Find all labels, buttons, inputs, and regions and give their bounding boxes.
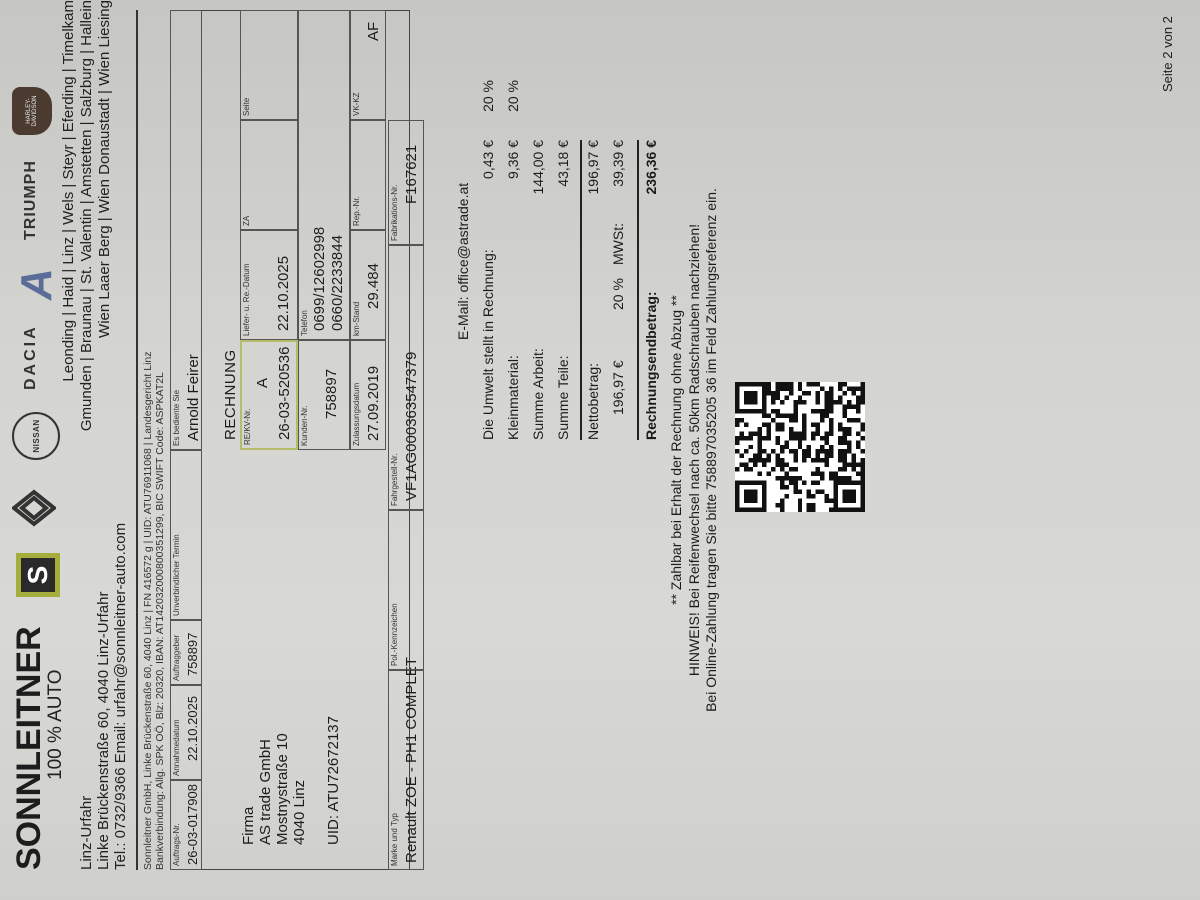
nissan-logo-icon: NISSAN [12,412,60,460]
dealer-address: Linz-Urfahr Linke Brückenstraße 60, 4040… [78,523,129,870]
legal-line: Bankverbindung: Allg. SPK OÖ, Blz: 20320… [154,351,166,870]
field-label: Telefon [300,310,309,336]
field-value: 26-03-520536 [276,347,293,440]
line-item-amount: 0,43 € [480,140,496,179]
net-total-label: Nettobetrag: [585,363,601,440]
alpine-logo-icon: A [12,268,62,300]
grand-total-label: Rechnungsendbetrag: [643,291,659,440]
customer-number-field: Kunden-Nr. 758897 [298,340,350,450]
brand-logo: SONNLEITNER S 100 % AUTO [12,626,66,870]
line-item-label: Die Umwelt stellt in Rechnung: [480,249,496,440]
branch-line: Leonding | Haid | Linz | Wels | Steyr | … [60,0,78,470]
repair-number-field: Rep.-Nr. [350,120,386,230]
invoice-code: A [254,378,271,388]
online-payment-note: Bei Online-Zahlung tragen Sie bitte 7588… [703,0,720,900]
registration-date-field: Zulassungsdatum 27.09.2019 [350,340,386,450]
field-label: Pol.-Kennzeichen [390,603,399,666]
served-by-field: Es bediente Sie Arnold Feirer [170,10,202,450]
field-value: 29.484 [365,263,382,309]
dealer-location: Linz-Urfahr [78,523,95,870]
legal-info: Sonnleitner GmbH, Linke Brückenstraße 60… [142,351,166,870]
acceptance-date-field: Annahmedatum 22.10.2025 [170,685,202,780]
field-value: 758897 [185,633,200,676]
customer-line: Mostnystraße 10 [274,733,291,845]
line-item-label: Summe Arbeit: [530,348,546,440]
dealer-street: Linke Brückenstraße 60, 4040 Linz-Urfahr [95,523,112,870]
vehicle-model-field: Marke und Typ Renault ZOE - PH1 COMPLET [388,670,424,870]
vat-label: MWSt: [610,223,626,265]
invoice-page: SONNLEITNER S 100 % AUTO Linz-Urfahr Lin… [0,0,1200,900]
line-item-label: Summe Teile: [555,355,571,440]
field-value: 22.10.2025 [275,256,292,331]
customer-line: AS trade GmbH [257,733,274,845]
field-label: Seite [242,98,251,116]
field-label: Rep.-Nr. [352,196,361,226]
legal-line: Sonnleitner GmbH, Linke Brückenstraße 60… [142,351,154,870]
mileage-field: km-Stand 29.484 [350,230,386,340]
field-value: 758897 [323,369,340,419]
page-indicator: Seite 2 von 2 [1160,16,1175,92]
grand-total-amount: 236,36 € [643,140,659,195]
field-label: ZA [242,216,251,226]
customer-uid: UID: ATU72672137 [325,716,342,845]
line-item-label: Kleinmaterial: [505,355,521,440]
field-label: Annahmedatum [172,720,181,776]
client-field: Auftraggeber 758897 [170,620,202,685]
vat-rate: 20 % [610,278,626,310]
triumph-logo-icon: TRIUMPH [22,160,40,240]
field-label: VK-KZ [352,92,361,116]
field-label: km-Stand [352,302,361,336]
appointment-field: Unverbindlicher Termin [170,450,202,620]
renault-logo-icon [12,486,56,530]
customer-email: E-Mail: office@astrade.at [455,183,471,340]
field-label: Fabrikations-Nr. [390,185,399,241]
brand-tagline: 100 % AUTO [46,626,66,780]
line-item-vat: 20 % [505,80,521,112]
field-value: Arnold Feirer [185,354,202,441]
field-value: 0699/12602998 [311,227,328,331]
line-item-amount: 43,18 € [555,140,571,187]
vin-field: Fahrgestell-Nr. VF1AG000363547379 [388,245,424,510]
customer-line: 4040 Linz [291,733,308,845]
document-type: RECHNUNG [222,349,239,440]
vat-base: 196,97 € [610,361,626,416]
subtotal-divider [580,140,582,440]
vat-amount: 39,39 € [610,140,626,187]
field-value: 0660/2233844 [329,235,346,331]
field-label: Liefer- u. Re.-Datum [242,264,251,336]
production-number-field: Fabrikations-Nr. F167621 [388,120,424,245]
field-label: Kunden-Nr. [300,406,309,446]
field-label: Es bediente Sie [172,390,181,446]
header-divider [136,10,138,870]
field-label: Unverbindlicher Termin [172,534,181,616]
dacia-logo-icon: DACIA [22,324,40,390]
dealer-contact: Tel.: 0732/9366 Email: urfahr@sonnleitne… [112,523,129,870]
line-item-amount: 9,36 € [505,140,521,179]
invoice-date-field: Liefer- u. Re.-Datum 22.10.2025 [240,230,298,340]
field-label: Marke und Typ [390,813,399,866]
za-field: ZA [240,120,298,230]
total-divider [637,140,639,440]
payment-qr-code [735,382,865,512]
vk-kz-field: VK-KZ AF [350,10,386,120]
line-item-amount: 144,00 € [530,140,546,195]
harley-davidson-logo-icon: HARLEY-DAVIDSON [12,87,52,135]
net-total-amount: 196,97 € [585,140,601,195]
branch-line: Wien Laaer Berg | Wien Donaustadt | Wien… [96,0,114,470]
field-value: 22.10.2025 [185,696,200,761]
field-label: Auftrags-Nr. [172,823,181,866]
phone-field: Telefon 0699/12602998 0660/2233844 [298,10,350,340]
field-value: AF [365,22,382,41]
payment-note: ** Zahlbar bei Erhalt der Rechnung ohne … [668,0,685,900]
line-item-vat: 20 % [480,80,496,112]
tire-hint: HINWEIS! Bei Reifenwechsel nach ca. 50km… [686,0,703,900]
page-field: Seite [240,10,298,120]
field-value: F167621 [403,145,420,204]
field-label: Auftraggeber [172,635,181,681]
branch-line: Gmunden | Braunau | St. Valentin | Amste… [78,0,96,470]
invoice-number-field: RE/KV-Nr. A 26-03-520536 [240,340,298,450]
field-value: 26-03-017908 [185,784,200,865]
field-value: Renault ZOE - PH1 COMPLET [403,657,420,863]
brand-name: SONNLEITNER [12,626,46,870]
customer-address: Firma AS trade GmbH Mostnystraße 10 4040… [240,733,308,845]
branch-list: Leonding | Haid | Linz | Wels | Steyr | … [60,0,114,470]
field-value: 27.09.2019 [365,366,382,441]
order-number-field: Auftrags-Nr. 26-03-017908 [170,780,202,870]
customer-line: Firma [240,733,257,845]
field-label: Fahrgestell-Nr. [390,454,399,506]
field-label: RE/KV-Nr. [243,409,252,445]
field-label: Zulassungsdatum [352,383,361,446]
license-plate-field: Pol.-Kennzeichen [388,510,424,670]
brand-badge: S [16,553,60,597]
field-value: VF1AG000363547379 [403,352,420,501]
